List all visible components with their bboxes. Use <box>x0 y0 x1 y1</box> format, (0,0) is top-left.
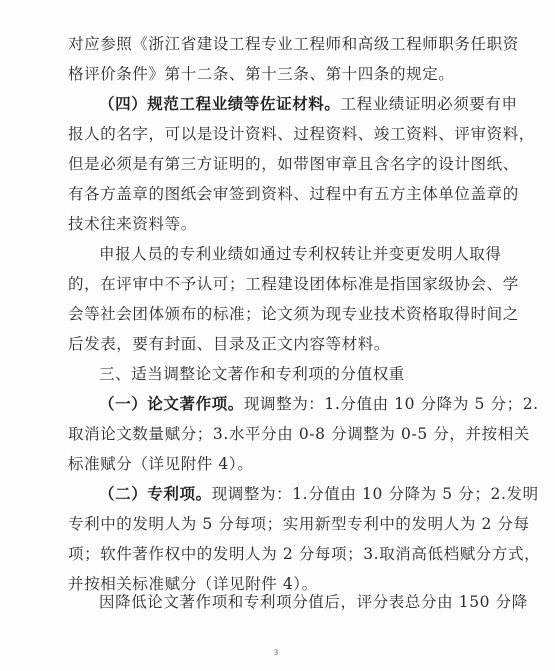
chapter-heading: 三、适当调整论文著作和专利项的分值权重 <box>99 364 488 384</box>
paragraph-line: 报人的名字，可以是设计资料、过程资料、竣工资料、评审资料， <box>68 124 488 144</box>
paragraph-line: 会等社会团体颁布的标准；论文须为现专业技术资格取得时间之 <box>68 304 488 324</box>
paragraph-line: 取消论文数量赋分；3.水平分由 0-8 分调整为 0-5 分，并按相关 <box>68 424 488 444</box>
paragraph-line: 标准赋分（详见附件 4）。 <box>68 454 488 474</box>
section-heading-line: （四）规范工程业绩等佐证材料。工程业绩证明必须要有申 <box>99 94 488 114</box>
section-heading-bold: （一）论文著作项。 <box>99 394 244 413</box>
paragraph-line: 对应参照《浙江省建设工程专业工程师和高级工程师职务任职资 <box>68 34 488 54</box>
paragraph-line: 专利中的发明人为 5 分每项；实用新型专利中的发明人为 2 分每 <box>68 514 488 534</box>
document-page: 对应参照《浙江省建设工程专业工程师和高级工程师职务任职资 格评价条件》第十二条、… <box>0 0 555 671</box>
paragraph-line: 格评价条件》第十二条、第十三条、第十四条的规定。 <box>68 64 488 84</box>
section-heading-bold: （二）专利项。 <box>99 484 212 503</box>
section-heading-bold: （四）规范工程业绩等佐证材料。 <box>99 94 341 113</box>
paragraph-line: 因降低论文著作项和专利项分值后，评分表总分由 150 分降 <box>99 592 488 612</box>
paragraph-line: 技术往来资料等。 <box>68 214 488 234</box>
paragraph-line: 后发表，要有封面、目录及正文内容等材料。 <box>68 334 488 354</box>
paragraph-line: 的，在评审中不予认可；工程建设团体标准是指国家级协会、学 <box>68 274 488 294</box>
section-heading-line: （二）专利项。现调整为：1.分值由 10 分降为 5 分；2.发明 <box>99 484 488 504</box>
paragraph-line: 有各方盖章的图纸会审签到资料、过程中有五方主体单位盖章的 <box>68 184 488 204</box>
paragraph-line: 申报人员的专利业绩如通过专利权转让并变更发明人取得 <box>99 244 488 264</box>
page-number: 3 <box>274 648 278 657</box>
paragraph-line: 项；软件著作权中的发明人为 2 分每项；3.取消高低档赋分方式， <box>68 544 488 564</box>
paragraph-line: 并按相关标准赋分（详见附件 4）。 <box>68 574 488 594</box>
paragraph-line: 但是必须是有第三方证明的，如带图审章且含名字的设计图纸、 <box>68 154 488 174</box>
section-heading-line: （一）论文著作项。现调整为：1.分值由 10 分降为 5 分；2. <box>99 394 488 414</box>
